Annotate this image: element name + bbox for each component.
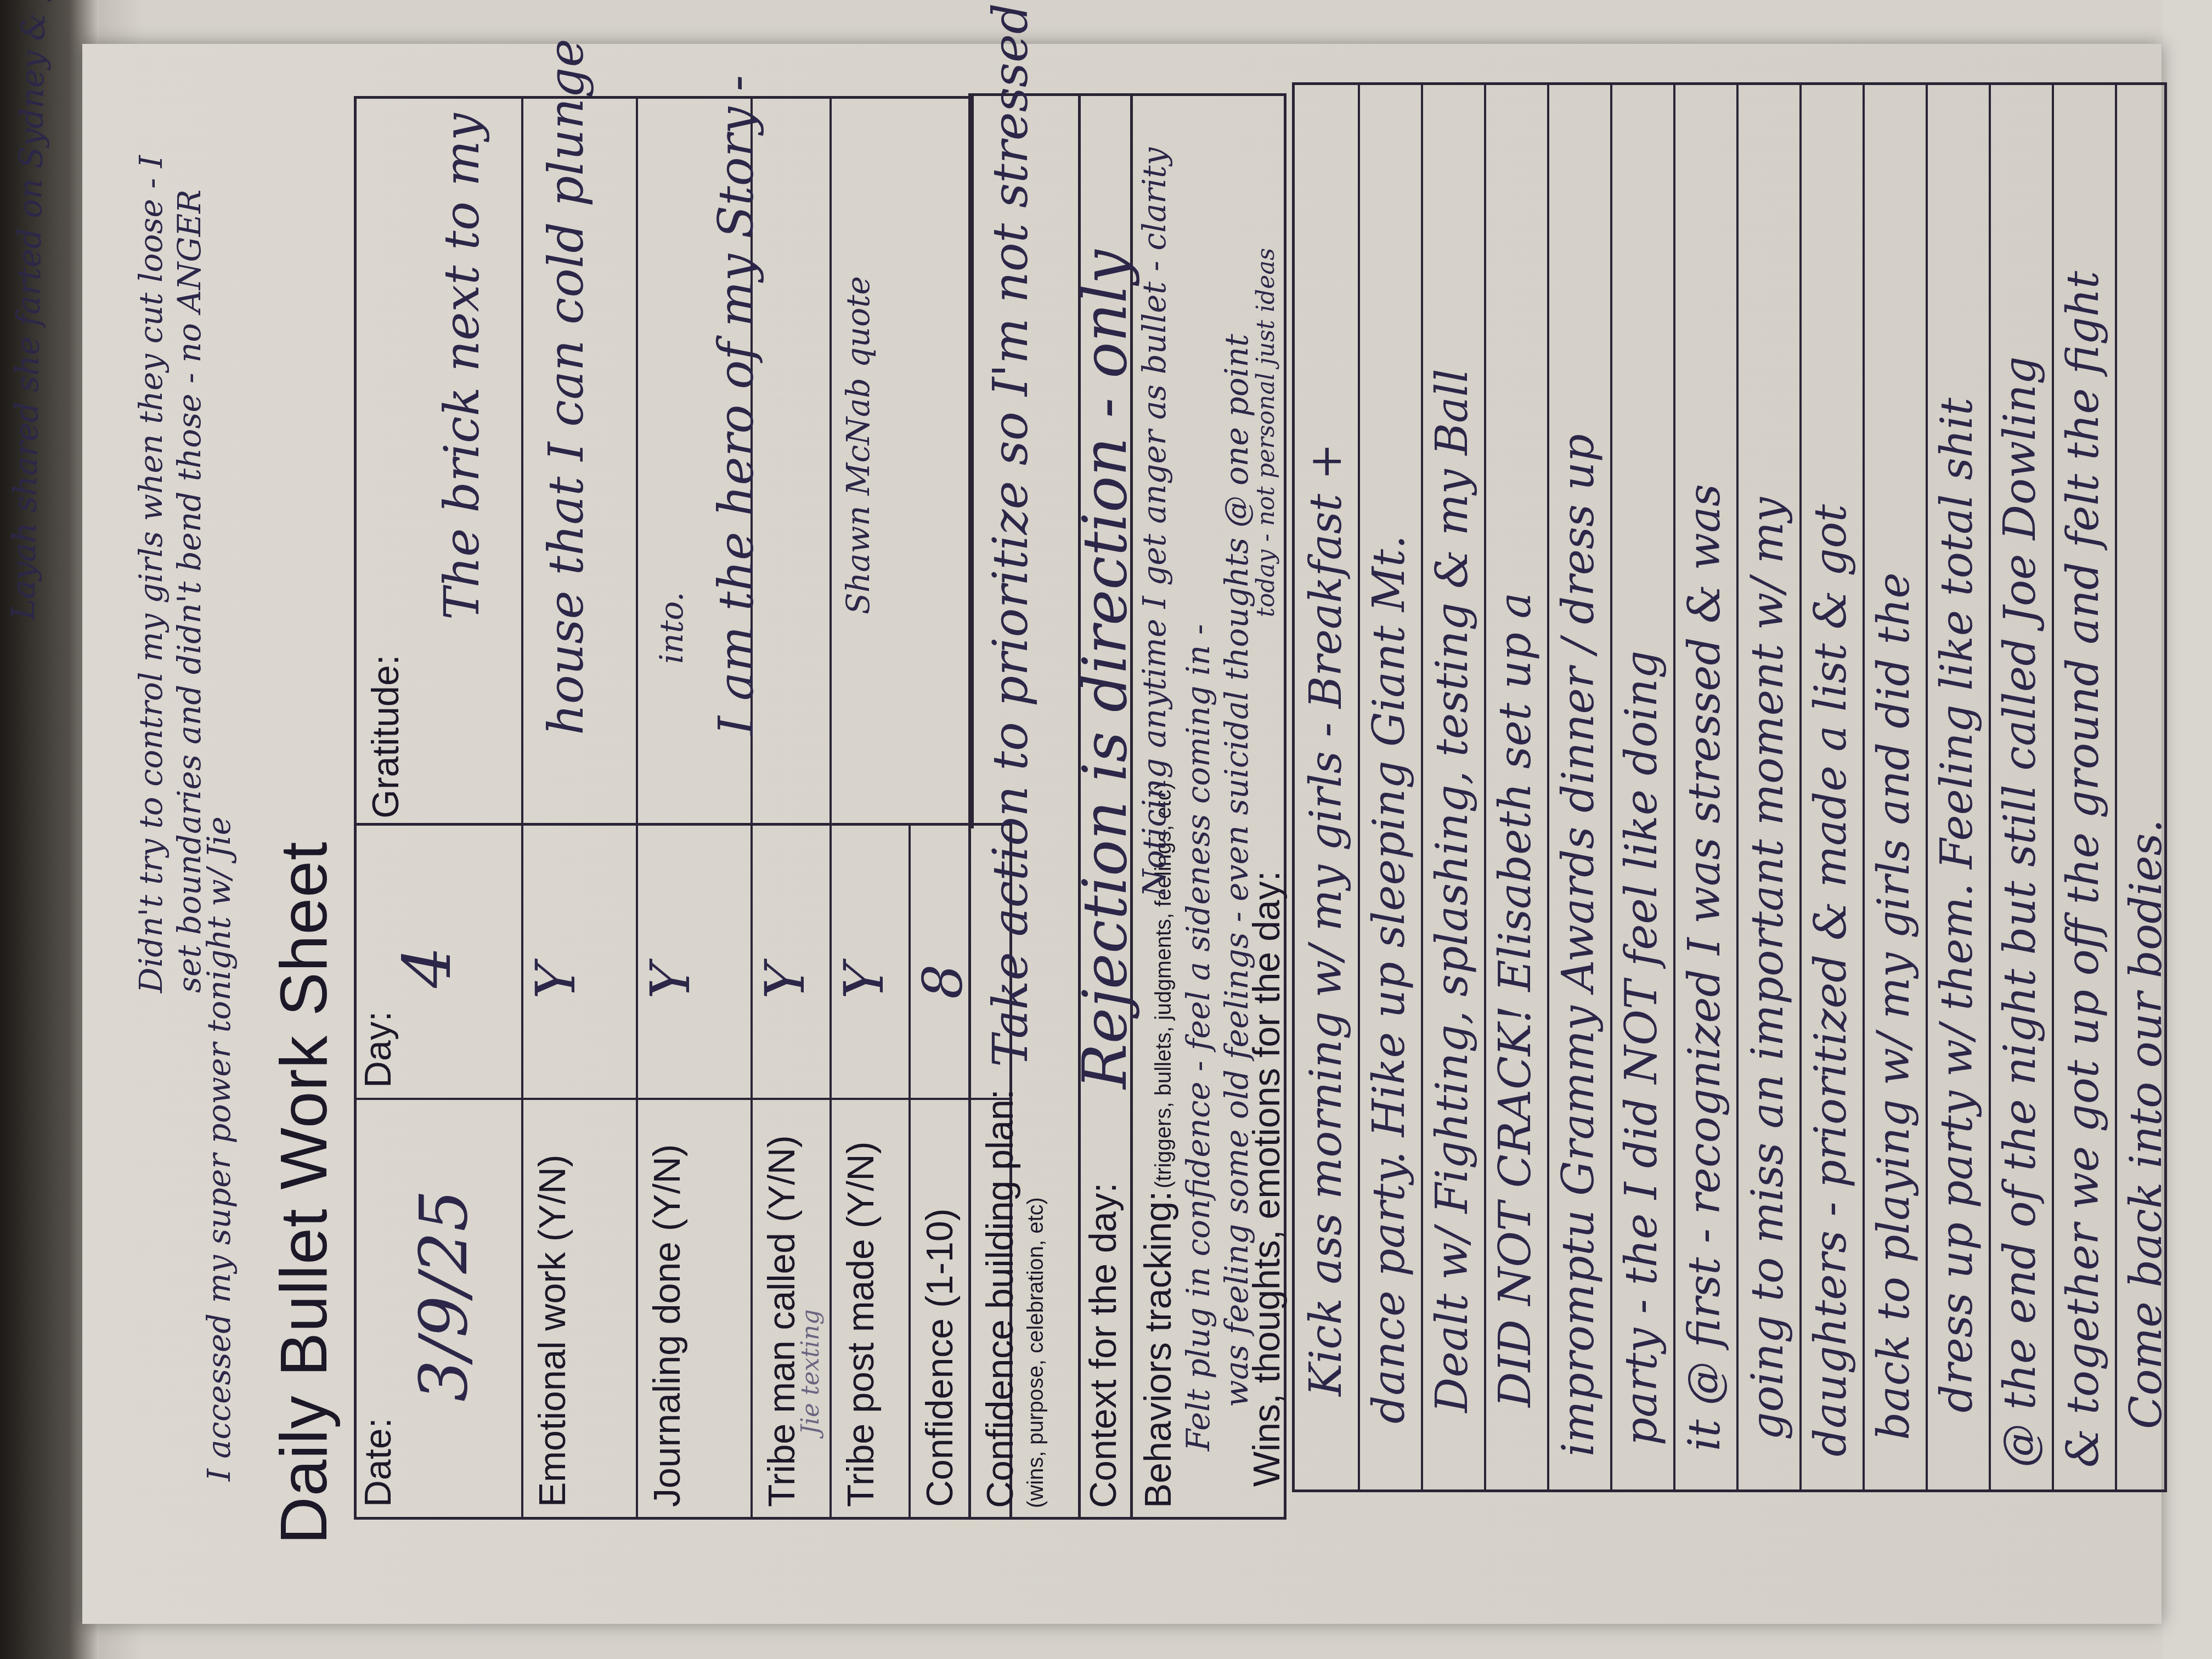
wins-entry-line: DID NOT CRACK! Elisabeth set up a bbox=[1489, 592, 1541, 1407]
wins-entry-line: party - the I did NOT feel like doing bbox=[1616, 651, 1667, 1446]
wins-entry-line: & together we got up off the ground and … bbox=[2057, 271, 2108, 1468]
wins-entry-line: back to playing w/ my girls and did the bbox=[1868, 572, 1919, 1440]
wins-entry-line: dance party. Hike up sleeping Giant Mt. bbox=[1363, 535, 1414, 1424]
tracker-value[interactable]: Y bbox=[832, 826, 909, 1100]
ruled-line bbox=[2052, 85, 2054, 1489]
tracker-label: Tribe man called (Y/N) Jie texting bbox=[753, 1100, 830, 1517]
day-cell: Day: 4 bbox=[357, 826, 521, 1100]
ruled-line bbox=[1484, 85, 1486, 1489]
tracker-value[interactable]: Y bbox=[753, 826, 830, 1100]
page-title: Daily Bullet Work Sheet bbox=[266, 842, 342, 1544]
date-value[interactable]: 3/9/25 bbox=[406, 1190, 482, 1402]
day-label: Day: bbox=[349, 1001, 407, 1098]
wins-entry-line: @ the end of the night but still called … bbox=[1994, 356, 2045, 1468]
confidence-plan-section: Confidence building plan: (wins, purpose… bbox=[968, 93, 1081, 1520]
tracker-grid: Date: 3/9/25 Day: 4 Emotional work (Y/N)… bbox=[354, 823, 1012, 1520]
date-row: Date: 3/9/25 Day: 4 bbox=[357, 826, 521, 1517]
wins-entry-line: Come back into our bodies. bbox=[2120, 819, 2171, 1429]
behaviors-line: today - not personal just ideas bbox=[1252, 248, 1280, 617]
gratitude-line: The brick next to my bbox=[433, 113, 490, 620]
date-label: Date: bbox=[349, 1408, 407, 1517]
wins-label: Wins, thoughts, emotions for the day: bbox=[1245, 871, 1288, 1487]
ruled-line bbox=[1926, 85, 1928, 1489]
behaviors-line: Noticing anytime I get anger as bullet -… bbox=[1136, 148, 1173, 897]
tracker-label: Emotional work (Y/N) bbox=[523, 1100, 636, 1517]
gratitude-box: Gratitude: The brick next to my house th… bbox=[354, 96, 974, 828]
wins-box: Kick ass morning w/ my girls - Breakfast… bbox=[1292, 82, 2167, 1492]
ruled-line bbox=[1799, 85, 1802, 1489]
tracker-row-journaling: Journaling done (Y/N) Y bbox=[636, 826, 751, 1517]
gratitude-line: Shawn McNab quote bbox=[839, 276, 877, 614]
context-label: Context for the day: bbox=[1082, 1183, 1125, 1508]
tracker-annotation: Jie texting bbox=[797, 1309, 825, 1435]
behaviors-line: Felt plug in confidence - feel a sidenes… bbox=[1180, 624, 1217, 1452]
ruled-line bbox=[2115, 85, 2117, 1489]
top-margin-note: Didn't try to control my girls when they… bbox=[132, 115, 208, 993]
wins-entry-line: Kick ass morning w/ my girls - Breakfast… bbox=[1300, 443, 1351, 1396]
tracker-row-tribe-man-called: Tribe man called (Y/N) Jie texting Y bbox=[751, 826, 830, 1517]
gratitude-label: Gratitude: bbox=[357, 645, 415, 828]
ruled-line bbox=[1863, 85, 1865, 1489]
wins-entry-line: daughters - prioritized & made a list & … bbox=[1805, 504, 1856, 1457]
wins-entry-line: impromptu Grammy Awards dinner / dress u… bbox=[1553, 434, 1604, 1457]
tracker-label: Journaling done (Y/N) bbox=[638, 1100, 751, 1517]
gratitude-line: I am the hero of my Story - bbox=[708, 75, 764, 735]
context-value[interactable]: Rejection is direction - only bbox=[1070, 250, 1140, 1089]
worksheet-paper: I accessed my super power tonight w/ Jie… bbox=[82, 44, 2162, 1624]
ruled-line bbox=[1358, 85, 1360, 1489]
tracker-label: Tribe post made (Y/N) bbox=[832, 1100, 909, 1517]
ruled-line bbox=[1421, 85, 1423, 1489]
ruled-line bbox=[1989, 85, 1991, 1489]
tracker-row-emotional-work: Emotional work (Y/N) Y bbox=[521, 826, 636, 1517]
tracker-value[interactable]: Y bbox=[638, 826, 751, 1100]
ruled-line bbox=[1673, 85, 1675, 1489]
ruled-line bbox=[1736, 85, 1739, 1489]
wins-entry-line: Dealt w/ Fighting, splashing, testing & … bbox=[1426, 369, 1477, 1413]
tracker-value[interactable]: Y bbox=[523, 826, 636, 1100]
confidence-plan-sublabel: (wins, purpose, celebration, etc) bbox=[1024, 1197, 1048, 1508]
tracker-row-tribe-post: Tribe post made (Y/N) Y bbox=[830, 826, 909, 1517]
wins-entry-line: it @ first - recognized I was stressed &… bbox=[1679, 484, 1730, 1451]
confidence-plan-label: Confidence building plan: bbox=[979, 1089, 1022, 1508]
gratitude-line: house that I can cold plunge bbox=[538, 39, 594, 735]
day-value[interactable]: 4 bbox=[390, 946, 466, 988]
confidence-plan-value[interactable]: Take action to prioritize so I'm not str… bbox=[982, 0, 1039, 1067]
gratitude-line: into. bbox=[653, 591, 690, 664]
wins-entry-line: going to miss an important moment w/ my bbox=[1742, 497, 1793, 1440]
context-section: Context for the day: Rejection is direct… bbox=[1075, 93, 1133, 1520]
wins-entry-line: dress up party w/ them. Feeling like tot… bbox=[1931, 398, 1982, 1413]
behaviors-label: Behaviors tracking: bbox=[1137, 1191, 1179, 1508]
ruled-line bbox=[1610, 85, 1612, 1489]
date-cell: Date: 3/9/25 bbox=[357, 1100, 521, 1517]
ruled-line bbox=[1547, 85, 1549, 1489]
